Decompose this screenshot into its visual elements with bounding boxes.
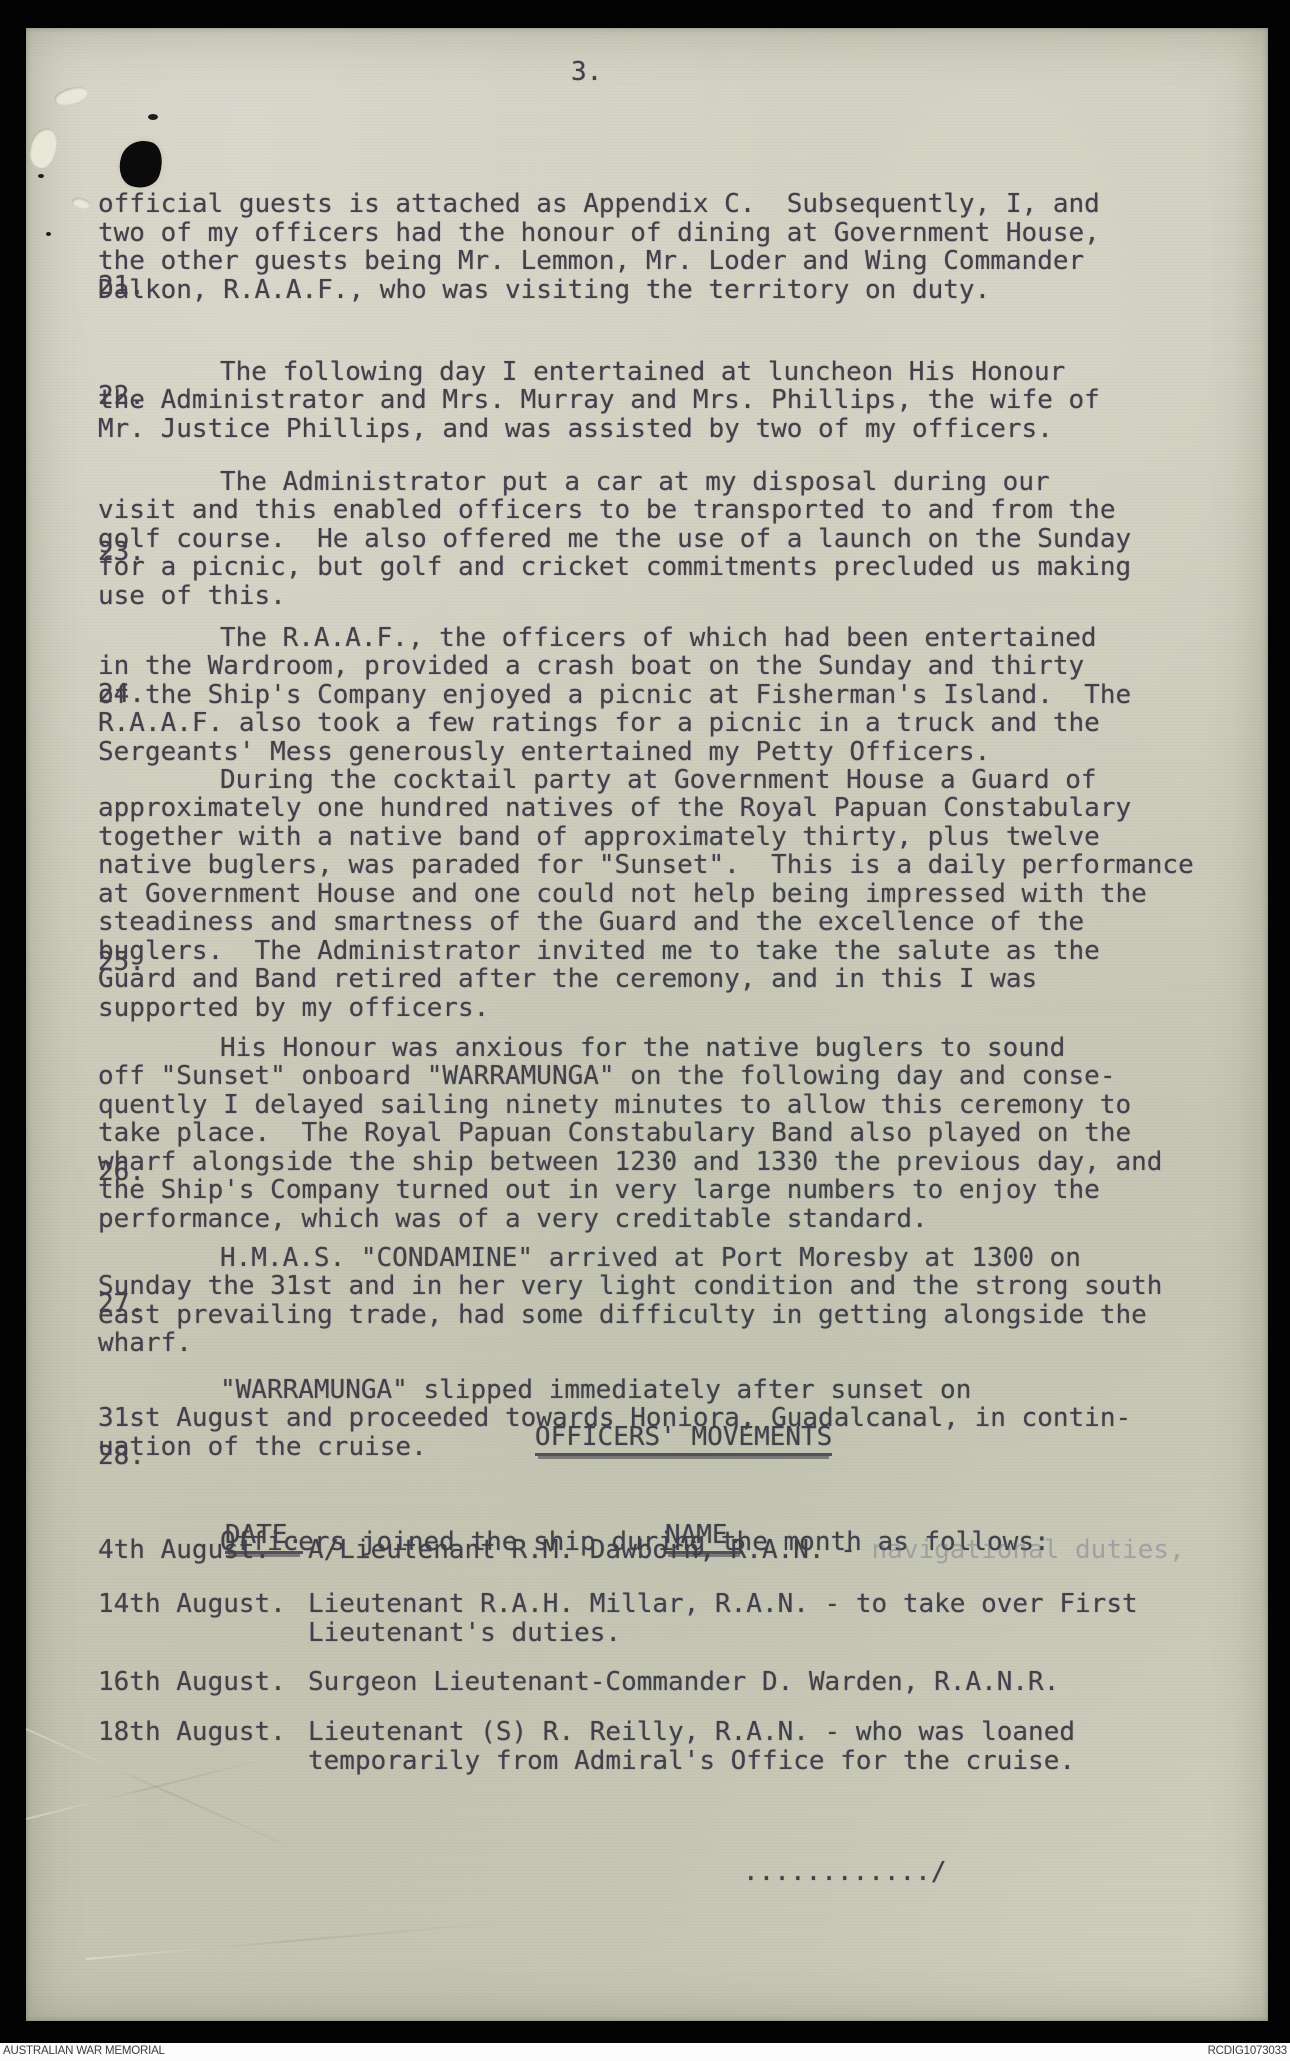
archive-name: AUSTRALIAN WAR MEMORIAL	[3, 2045, 165, 2057]
paragraph-number: 21.	[98, 272, 145, 301]
paper-tear	[53, 85, 90, 108]
paragraph-number: 24.	[98, 680, 145, 709]
paper-tear	[71, 195, 91, 211]
row-date: 14th August.	[98, 1590, 286, 1619]
archive-reference-id: RCDIG1073033	[1208, 2045, 1287, 2057]
document-page: 3. official guests is attached as Append…	[0, 0, 1290, 2061]
paper-crease	[86, 1921, 505, 1960]
row-date: 4th August.	[98, 1536, 270, 1565]
row-date: 16th August.	[98, 1668, 286, 1697]
paper-speck	[46, 232, 51, 236]
paragraph-number: 27.	[98, 1290, 145, 1319]
paper-speck	[148, 114, 158, 120]
row-name: Surgeon Lieutenant-Commander D. Warden, …	[308, 1668, 1228, 1697]
continuation-dots: ............/	[743, 1858, 947, 1887]
paragraph-number: 23.	[98, 538, 145, 567]
table-row: 18th August. Lieutenant (S) R. Reilly, R…	[98, 1718, 1228, 1832]
row-name: Lieutenant (S) R. Reilly, R.A.N. - who w…	[308, 1718, 1228, 1775]
paper-sheet: 3. official guests is attached as Append…	[26, 28, 1268, 2021]
paper-tear	[27, 126, 58, 169]
paper-speck	[38, 174, 44, 178]
paragraph-number: 25.	[98, 948, 145, 977]
faded-typewriting: navigational duties,	[872, 1535, 1185, 1565]
paragraph-number: 26.	[98, 1158, 145, 1187]
paragraph-number: 22.	[98, 382, 145, 411]
page-number: 3.	[571, 58, 602, 87]
archive-credit-bar: AUSTRALIAN WAR MEMORIAL RCDIG1073033	[0, 2043, 1290, 2061]
paragraph-number: 28.	[98, 1442, 145, 1471]
row-name: Lieutenant R.A.H. Millar, R.A.N. - to ta…	[308, 1590, 1228, 1647]
row-date: 18th August.	[98, 1718, 286, 1747]
row-name: A/Lieutenant R.M. Dawborn, R.A.N. - navi…	[308, 1536, 1228, 1565]
